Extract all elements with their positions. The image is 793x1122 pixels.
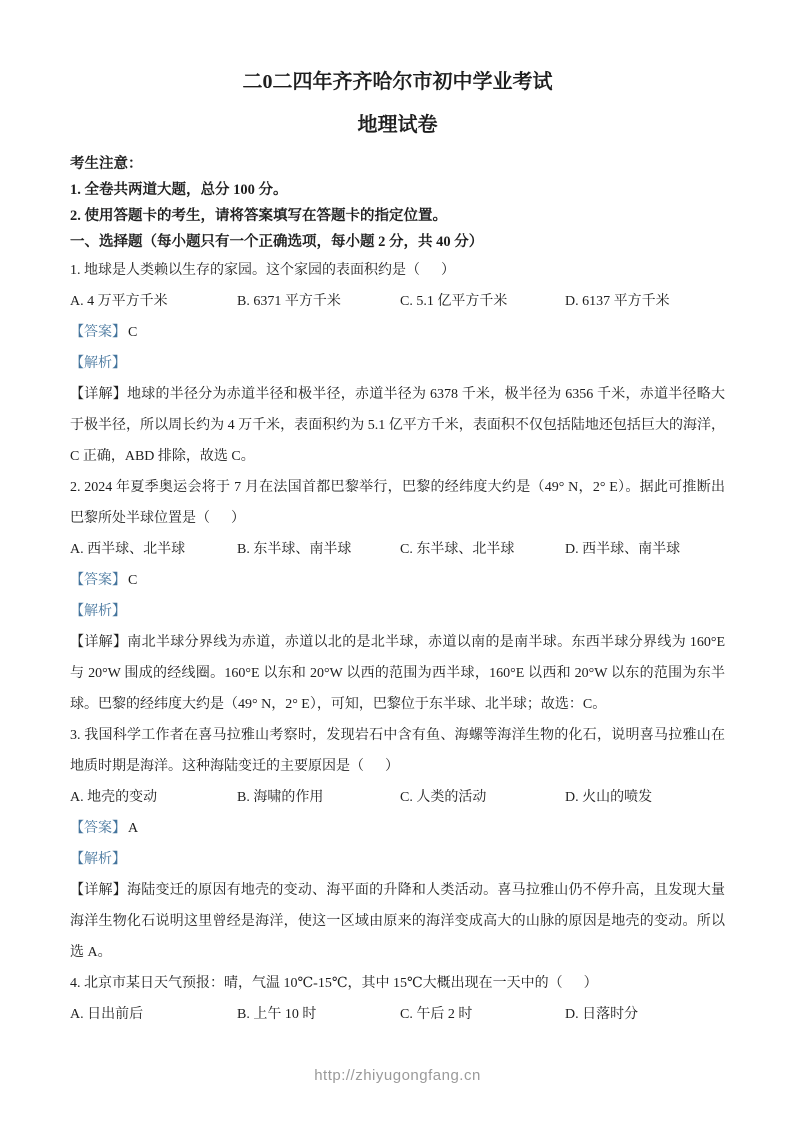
analysis-line: 与 20°W 围成的经线圈。160°E 以东和 20°W 以西的范围为西半球，1… bbox=[70, 658, 725, 689]
analysis-line: 【详解】海陆变迁的原因有地壳的变动、海平面的升降和人类活动。喜马拉雅山仍不停升高… bbox=[70, 875, 725, 906]
question-block: 1. 地球是人类赖以生存的家园。这个家园的表面积约是（ ）A. 4 万平方千米B… bbox=[70, 255, 725, 472]
option-a: A. 4 万平方千米 bbox=[70, 286, 237, 317]
answer-value: A bbox=[128, 821, 138, 836]
analysis-line: C 正确，ABD 排除，故选 C。 bbox=[70, 441, 725, 472]
analysis-line: 【详解】地球的半径分为赤道半径和极半径，赤道半径为 6378 千米，极半径为 6… bbox=[70, 379, 725, 410]
question-block: 3. 我国科学工作者在喜马拉雅山考察时，发现岩石中含有鱼、海螺等海洋生物的化石，… bbox=[70, 720, 725, 968]
exam-title: 二0二四年齐齐哈尔市初中学业考试 bbox=[70, 70, 725, 94]
analysis-heading-line: 【解析】 bbox=[70, 844, 725, 875]
question-block: 2. 2024 年夏季奥运会将于 7 月在法国首都巴黎举行，巴黎的经纬度大约是（… bbox=[70, 472, 725, 720]
question-stem-line: 2. 2024 年夏季奥运会将于 7 月在法国首都巴黎举行，巴黎的经纬度大约是（… bbox=[70, 472, 725, 503]
options-row: A. 西半球、北半球B. 东半球、南半球C. 东半球、北半球D. 西半球、南半球 bbox=[70, 534, 725, 565]
option-d: D. 6137 平方千米 bbox=[565, 286, 725, 317]
analysis-line: 【详解】南北半球分界线为赤道，赤道以北的是北半球，赤道以南的是南半球。东西半球分… bbox=[70, 627, 725, 658]
analysis-label: 【解析】 bbox=[70, 852, 126, 867]
analysis-heading-line: 【解析】 bbox=[70, 348, 725, 379]
footer-url: http://zhiyugongfang.cn bbox=[70, 1066, 725, 1086]
option-a: A. 地壳的变动 bbox=[70, 782, 237, 813]
answer-value: C bbox=[128, 325, 137, 340]
question-stem-line: 3. 我国科学工作者在喜马拉雅山考察时，发现岩石中含有鱼、海螺等海洋生物的化石，… bbox=[70, 720, 725, 751]
notice-item: 1. 全卷共两道大题，总分 100 分。 bbox=[70, 177, 725, 203]
option-b: B. 东半球、南半球 bbox=[237, 534, 400, 565]
answer-line: 【答案】C bbox=[70, 565, 725, 596]
notice-item: 2. 使用答题卡的考生，请将答案填写在答题卡的指定位置。 bbox=[70, 203, 725, 229]
analysis-heading-line: 【解析】 bbox=[70, 596, 725, 627]
question-stem-line: 地质时期是海洋。这种海陆变迁的主要原因是（ ） bbox=[70, 751, 725, 782]
options-row: A. 4 万平方千米B. 6371 平方千米C. 5.1 亿平方千米D. 613… bbox=[70, 286, 725, 317]
option-a: A. 西半球、北半球 bbox=[70, 534, 237, 565]
analysis-line: 球。巴黎的经纬度大约是（49° N，2° E），可知，巴黎位于东半球、北半球；故… bbox=[70, 689, 725, 720]
question-stem-line: 巴黎所处半球位置是（ ） bbox=[70, 503, 725, 534]
answer-line: 【答案】A bbox=[70, 813, 725, 844]
notice-heading: 考生注意： bbox=[70, 151, 725, 177]
exam-subtitle: 地理试卷 bbox=[70, 113, 725, 137]
option-d: D. 火山的喷发 bbox=[565, 782, 725, 813]
option-d: D. 日落时分 bbox=[565, 999, 725, 1030]
analysis-line: 选 A。 bbox=[70, 937, 725, 968]
options-row: A. 日出前后B. 上午 10 时C. 午后 2 时D. 日落时分 bbox=[70, 999, 725, 1030]
option-a: A. 日出前后 bbox=[70, 999, 237, 1030]
analysis-line: 海洋生物化石说明这里曾经是海洋，使这一区域由原来的海洋变成高大的山脉的原因是地壳… bbox=[70, 906, 725, 937]
questions: 1. 地球是人类赖以生存的家园。这个家园的表面积约是（ ）A. 4 万平方千米B… bbox=[70, 255, 725, 1030]
option-c: C. 午后 2 时 bbox=[400, 999, 565, 1030]
question-stem-line: 4. 北京市某日天气预报：晴，气温 10℃-15℃，其中 15℃大概出现在一天中… bbox=[70, 968, 725, 999]
option-c: C. 5.1 亿平方千米 bbox=[400, 286, 565, 317]
option-b: B. 6371 平方千米 bbox=[237, 286, 400, 317]
answer-label: 【答案】 bbox=[70, 821, 126, 836]
analysis-line: 于极半径，所以周长约为 4 万千米，表面积约为 5.1 亿平方千米，表面积不仅包… bbox=[70, 410, 725, 441]
answer-label: 【答案】 bbox=[70, 325, 126, 340]
exam-page: 二0二四年齐齐哈尔市初中学业考试 地理试卷 考生注意： 1. 全卷共两道大题，总… bbox=[0, 0, 793, 1086]
analysis-label: 【解析】 bbox=[70, 604, 126, 619]
option-b: B. 上午 10 时 bbox=[237, 999, 400, 1030]
answer-value: C bbox=[128, 573, 137, 588]
answer-line: 【答案】C bbox=[70, 317, 725, 348]
option-c: C. 人类的活动 bbox=[400, 782, 565, 813]
option-b: B. 海啸的作用 bbox=[237, 782, 400, 813]
answer-label: 【答案】 bbox=[70, 573, 126, 588]
option-c: C. 东半球、北半球 bbox=[400, 534, 565, 565]
question-block: 4. 北京市某日天气预报：晴，气温 10℃-15℃，其中 15℃大概出现在一天中… bbox=[70, 968, 725, 1030]
section-heading: 一、选择题（每小题只有一个正确选项，每小题 2 分，共 40 分） bbox=[70, 229, 725, 255]
question-stem-line: 1. 地球是人类赖以生存的家园。这个家园的表面积约是（ ） bbox=[70, 255, 725, 286]
options-row: A. 地壳的变动B. 海啸的作用C. 人类的活动D. 火山的喷发 bbox=[70, 782, 725, 813]
analysis-label: 【解析】 bbox=[70, 356, 126, 371]
notice-block: 考生注意： 1. 全卷共两道大题，总分 100 分。 2. 使用答题卡的考生，请… bbox=[70, 151, 725, 255]
option-d: D. 西半球、南半球 bbox=[565, 534, 725, 565]
